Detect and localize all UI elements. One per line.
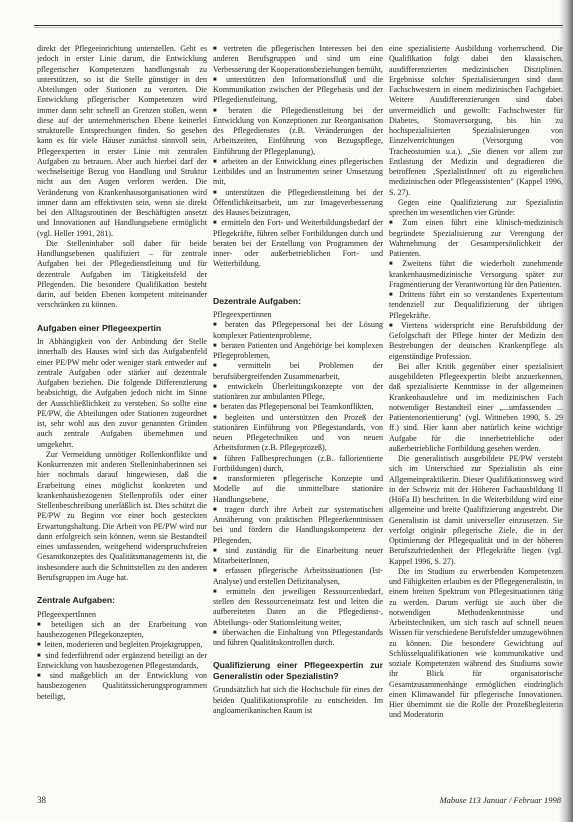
paragraph: Gegen eine Qualifizierung zur Spezialist…: [389, 198, 563, 219]
list-item: ■tragen durch ihre Arbeit zur systematis…: [213, 505, 383, 546]
list-item: ■Zum einen führt eine klinisch-medizinis…: [389, 218, 563, 259]
bullet-icon: ■: [213, 159, 218, 165]
bullet-icon: ■: [213, 190, 221, 196]
bullet-icon: ■: [213, 507, 220, 513]
journal-footer: Mabuse 113 Januar / Februar 1998: [440, 795, 561, 805]
list-item: ■überwachen die Einhaltung von Pflegesta…: [213, 628, 383, 649]
bullet-list: ■beteiligen sich an der Erarbeitung von …: [37, 620, 207, 702]
bullet-icon: ■: [213, 322, 221, 328]
list-item: ■Zweitens führt die wiederholt zunehmend…: [389, 259, 563, 290]
bullet-icon: ■: [213, 404, 217, 410]
text-column-right: eine spezialisierte Ausbildung vorherrsc…: [389, 44, 563, 721]
section-heading: Zentrale Aufgaben:: [37, 595, 207, 606]
bullet-icon: ■: [213, 456, 220, 462]
list-item: ■entwickeln Überleitungskonzepte von der…: [213, 382, 383, 403]
list-item: ■arbeiten an der Entwicklung eines pfleg…: [213, 157, 383, 188]
list-item: ■beraten das Pflegepersonal bei der Lösu…: [213, 320, 383, 341]
paragraph: Die im Studium zu erwerbenden Kompetenze…: [389, 567, 563, 721]
bullet-icon: ■: [37, 642, 41, 648]
bullet-list: ■vertreten die pflegerischen Interessen …: [213, 44, 383, 270]
bullet-icon: ■: [389, 220, 399, 226]
section-heading: Qualifizierung einer Pflegeexpertin zur …: [213, 660, 383, 681]
section-heading: Dezentrale Aufgaben:: [213, 296, 383, 307]
bullet-icon: ■: [389, 261, 398, 267]
paragraph: eine spezialisierte Ausbildung vorherrsc…: [389, 44, 563, 198]
bullet-icon: ■: [213, 46, 219, 52]
bullet-list: ■Zum einen führt eine klinisch-medizinis…: [389, 218, 563, 362]
list-item: ■ermitteln den jeweiligen Ressourcenbeda…: [213, 587, 383, 628]
page-number: 38: [37, 795, 46, 805]
list-item: ■beraten das Pflegepersonal bei Teamkonf…: [213, 402, 383, 412]
bullet-icon: ■: [213, 630, 218, 636]
list-item: ■vermitteln bei Problemen der berufsüber…: [213, 361, 383, 382]
list-item: ■Viertens widerspricht eine Berufsbildun…: [389, 321, 563, 362]
bullet-icon: ■: [213, 548, 222, 554]
list-item: ■beteiligen sich an der Erarbeitung von …: [37, 620, 207, 641]
list-item: ■Drittens führt ein so verstandenes Expe…: [389, 290, 563, 321]
list-item: ■sind zuständig für die Einarbeitung neu…: [213, 546, 383, 567]
bullet-icon: ■: [213, 220, 217, 226]
bullet-icon: ■: [389, 292, 395, 298]
list-item: ■leiten, moderieren und begleiten Projek…: [37, 640, 207, 650]
list-item: ■führen Fallbesprechungen (z.B. fallorie…: [213, 454, 383, 475]
bullet-icon: ■: [213, 108, 224, 114]
paragraph: Die generalistisch ausgebildete PE/PW ve…: [389, 454, 563, 567]
bullet-list: ■beraten das Pflegepersonal bei der Lösu…: [213, 320, 383, 648]
spacer: [213, 270, 383, 284]
paragraph: Die Stelleninhaber soll daher für beide …: [37, 239, 207, 311]
list-item: ■beraten die Pflegedienstleitung bei der…: [213, 106, 383, 157]
bullet-icon: ■: [213, 363, 234, 369]
paragraph: direkt der Pflegeeinrichtung unterstelle…: [37, 44, 207, 239]
book-spine-shadow: [559, 0, 573, 822]
list-item: ■transformieren pflegerische Konzepte un…: [213, 474, 383, 505]
list-subheading: Pflegeexpertinnen: [213, 310, 383, 320]
bullet-icon: ■: [213, 343, 217, 349]
paragraph: In Abhängigkeit von der Anbindung der St…: [37, 337, 207, 450]
text-column-left: direkt der Pflegeeinrichtung unterstelle…: [37, 44, 207, 702]
bullet-icon: ■: [37, 622, 47, 628]
list-item: ■beraten Patienten und Angehörige bei ko…: [213, 341, 383, 362]
paragraph: Zur Vermeidung unnötiger Rollenkonflikte…: [37, 450, 207, 583]
bullet-icon: ■: [213, 415, 221, 421]
list-subheading: PflegeexpertInnen: [37, 610, 207, 620]
list-item: ■unterstützen die Pflegedienstleitung be…: [213, 188, 383, 219]
bullet-icon: ■: [389, 323, 397, 329]
bullet-icon: ■: [37, 653, 41, 659]
paragraph: Bei aller Kritik gegenüber einer spezial…: [389, 362, 563, 454]
list-item: ■sind federführend oder ergänzend beteil…: [37, 651, 207, 672]
text-column-middle: ■vertreten die pflegerischen Interessen …: [213, 44, 383, 716]
top-rule-divider: [34, 25, 563, 26]
bullet-icon: ■: [213, 384, 224, 390]
section-heading: Aufgaben einer Pflegeexpertin: [37, 323, 207, 334]
bullet-icon: ■: [213, 568, 221, 574]
paragraph: Grundsätzlich hat sich die Hochschule fü…: [213, 685, 383, 716]
bullet-icon: ■: [213, 77, 222, 83]
list-item: ■erfassen pflegerische Arbeitssituatione…: [213, 566, 383, 587]
bullet-icon: ■: [213, 589, 222, 595]
bullet-icon: ■: [37, 673, 46, 679]
list-item: ■sind maßgeblich an der Entwicklung von …: [37, 671, 207, 702]
journal-page: direkt der Pflegeeinrichtung unterstelle…: [0, 0, 573, 822]
list-item: ■ermitteln den Fort- und Weiterbildungsb…: [213, 218, 383, 269]
list-item: ■begleiten und unterstützen den Prozeß d…: [213, 413, 383, 454]
list-item: ■vertreten die pflegerischen Interessen …: [213, 44, 383, 75]
bullet-icon: ■: [213, 476, 223, 482]
list-item: ■unterstützen den Informationsfluß und d…: [213, 75, 383, 106]
